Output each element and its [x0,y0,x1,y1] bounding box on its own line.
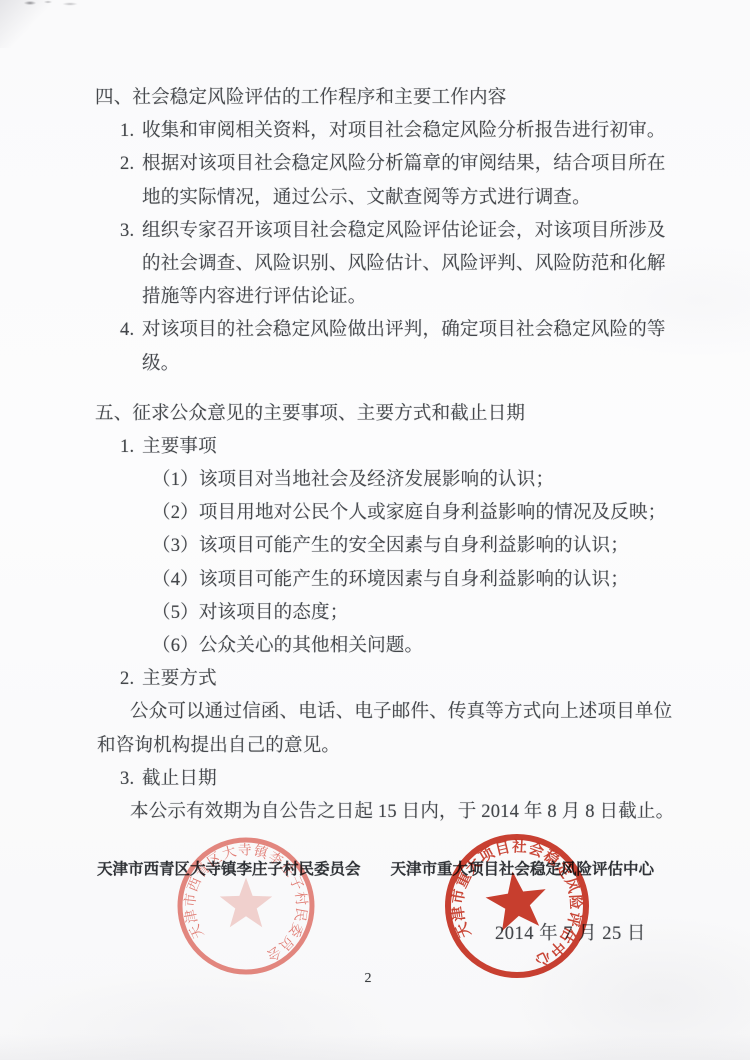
list-item: 2.根据对该项目社会稳定风险分析篇章的审阅结果，结合项目所在 [120,148,750,181]
sub-item: （1）该项目对当地社会及经济发展影响的认识； [152,464,750,497]
list-item: 3.截止日期 [120,763,750,796]
seal-star-icon [483,867,551,932]
list-item-text: 对该项目的社会稳定风险做出评判，确定项目社会稳定风险的等 [142,320,666,340]
list-item-number: 1. [120,431,142,464]
sub-item: （4）该项目可能产生的环境因素与自身利益影响的认识； [152,564,750,597]
list-item-title: 截止日期 [142,769,217,789]
list-item-title: 主要事项 [142,437,217,457]
list-item-continuation: 地的实际情况，通过公示、文献查阅等方式进行调查。 [142,182,750,215]
sub-item: （2）项目用地对公民个人或家庭自身利益影响的情况及反映； [152,497,750,530]
seal-star-icon [220,877,272,927]
sub-item: （3）该项目可能产生的安全因素与自身利益影响的认识； [152,530,750,563]
list-item-number: 1. [120,115,142,148]
red-seal-assessment-center: 天津市重大项目社会稳定风险评估中心 [437,826,597,986]
list-item: 1.主要事项 [120,431,750,464]
paragraph-line: 和咨询机构提出自己的意见。 [97,730,750,763]
deadline-line: 本公示有效期为自公告之日起 15 日内，于 2014 年 8 月 8 日截止。 [130,796,750,829]
scanned-public-notice-page: 四、社会稳定风险评估的工作程序和主要工作内容 1.收集和审阅相关资料，对项目社会… [0,0,750,1060]
list-item: 2.主要方式 [120,663,750,696]
sub-item: （5）对该项目的态度； [152,597,750,630]
list-item-text: 根据对该项目社会稳定风险分析篇章的审阅结果，结合项目所在 [142,154,666,174]
list-item-continuation: 措施等内容进行评估论证。 [142,281,750,314]
signature-row: 天津市西青区大寺镇李庄子村民委员会 天津市重大项目社会稳定风险评估中心 [0,859,750,881]
list-item-number: 2. [120,148,142,181]
list-item-title: 主要方式 [142,669,217,689]
list-item: 1.收集和审阅相关资料，对项目社会稳定风险分析报告进行初审。 [120,115,750,148]
list-item-text: 收集和审阅相关资料，对项目社会稳定风险分析报告进行初审。 [142,121,666,141]
list-item-number: 3. [120,763,142,796]
list-item-number: 3. [120,215,142,248]
list-item: 4.对该项目的社会稳定风险做出评判，确定项目社会稳定风险的等 [120,314,750,347]
section-5-heading: 五、征求公众意见的主要事项、主要方式和截止日期 [95,398,750,431]
page-number: 2 [0,971,750,987]
list-item-number: 4. [120,314,142,347]
list-item-continuation: 的社会调查、风险识别、风险估计、风险评判、风险防范和化解 [142,248,750,281]
section-4-heading: 四、社会稳定风险评估的工作程序和主要工作内容 [95,82,750,115]
list-item-number: 2. [120,663,142,696]
document-content: 四、社会稳定风险评估的工作程序和主要工作内容 1.收集和审阅相关资料，对项目社会… [0,0,750,987]
sub-item: （6）公众关心的其他相关问题。 [152,630,750,663]
paragraph-line: 公众可以通过信函、电话、电子邮件、传真等方式向上述项目单位 [130,696,750,729]
list-item-continuation: 级。 [142,348,750,381]
list-item: 3.组织专家召开该项目社会稳定风险评估论证会，对该项目所涉及 [120,215,750,248]
red-seal-village-committee: 天津市西青区大寺镇李庄子村民委员会 [166,826,326,986]
list-item-text: 组织专家召开该项目社会稳定风险评估论证会，对该项目所涉及 [142,221,666,241]
